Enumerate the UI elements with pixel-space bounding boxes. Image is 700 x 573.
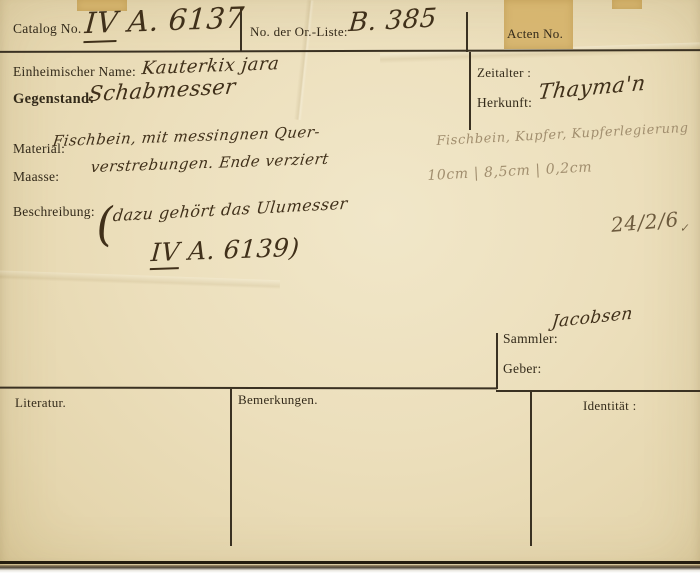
- catalog-no-label: Catalog No.: [13, 21, 82, 37]
- divider-literatur-bemerkungen: [230, 389, 232, 546]
- beschreibung-value-line1: dazu gehört das Ulumesser: [112, 194, 349, 225]
- geber-label: Geber:: [503, 361, 542, 377]
- zeitalter-label: Zeitalter :: [477, 65, 531, 81]
- pencil-materials-note: Fischbein, Kupfer, Kupferlegierung: [436, 121, 689, 149]
- beschreibung-roman: IV: [150, 237, 181, 270]
- beschreibung-value-line2: IV A. 6139): [150, 233, 301, 267]
- paper-crease: [0, 270, 280, 289]
- tape-patch: [612, 0, 642, 9]
- identitaet-label: Identität :: [583, 398, 636, 414]
- bemerkungen-label: Bemerkungen.: [238, 392, 318, 408]
- sammler-label: Sammler:: [503, 331, 558, 347]
- divider-orliste-acten: [466, 12, 468, 52]
- pencil-date-text: 24/2/6: [610, 207, 680, 237]
- catalog-no-roman: IV: [83, 5, 119, 43]
- pencil-date-note: 24/2/6✓: [610, 206, 690, 241]
- catalog-no-rest: A. 6137: [117, 0, 246, 39]
- divider-right-column: [469, 52, 471, 130]
- gegenstand-label: Gegenstand:: [13, 91, 94, 108]
- pencil-date-mark: ✓: [679, 221, 690, 235]
- paper-crease: [294, 0, 314, 120]
- rule-bottom-edge: [0, 561, 700, 564]
- beschreibung-rest: A. 6139): [179, 233, 301, 266]
- rule-middle-right: [496, 390, 700, 392]
- pencil-measurements-note: 10cm | 8,5cm | 0,2cm: [427, 159, 593, 184]
- material-value-line1: Fischbein, mit messingnen Quer-: [52, 123, 321, 150]
- acten-no-label: Acten No.: [507, 26, 563, 42]
- herkunft-value: Thayma'n: [537, 71, 647, 105]
- beschreibung-label: Beschreibung:: [13, 204, 95, 220]
- einheimischer-name-label: Einheimischer Name:: [13, 64, 136, 80]
- catalog-no-value: IV A. 6137: [84, 0, 246, 40]
- rule-top: [0, 49, 700, 53]
- herkunft-label: Herkunft:: [477, 95, 532, 111]
- literatur-label: Literatur.: [15, 395, 66, 411]
- catalog-card: Catalog No. No. der Or.-Liste: Acten No.…: [0, 0, 700, 573]
- divider-bemerkungen-identitaet: [530, 392, 532, 546]
- scan-edge: [0, 565, 700, 573]
- divider-sammler-box: [496, 333, 498, 389]
- maasse-label: Maasse:: [13, 169, 59, 185]
- orliste-label: No. der Or.-Liste:: [250, 24, 348, 40]
- rule-middle-left: [0, 387, 497, 390]
- orliste-value: B. 385: [347, 3, 438, 38]
- material-value-line2: verstrebungen. Ende verziert: [90, 150, 330, 176]
- sammler-value: Jacobsen: [551, 303, 634, 332]
